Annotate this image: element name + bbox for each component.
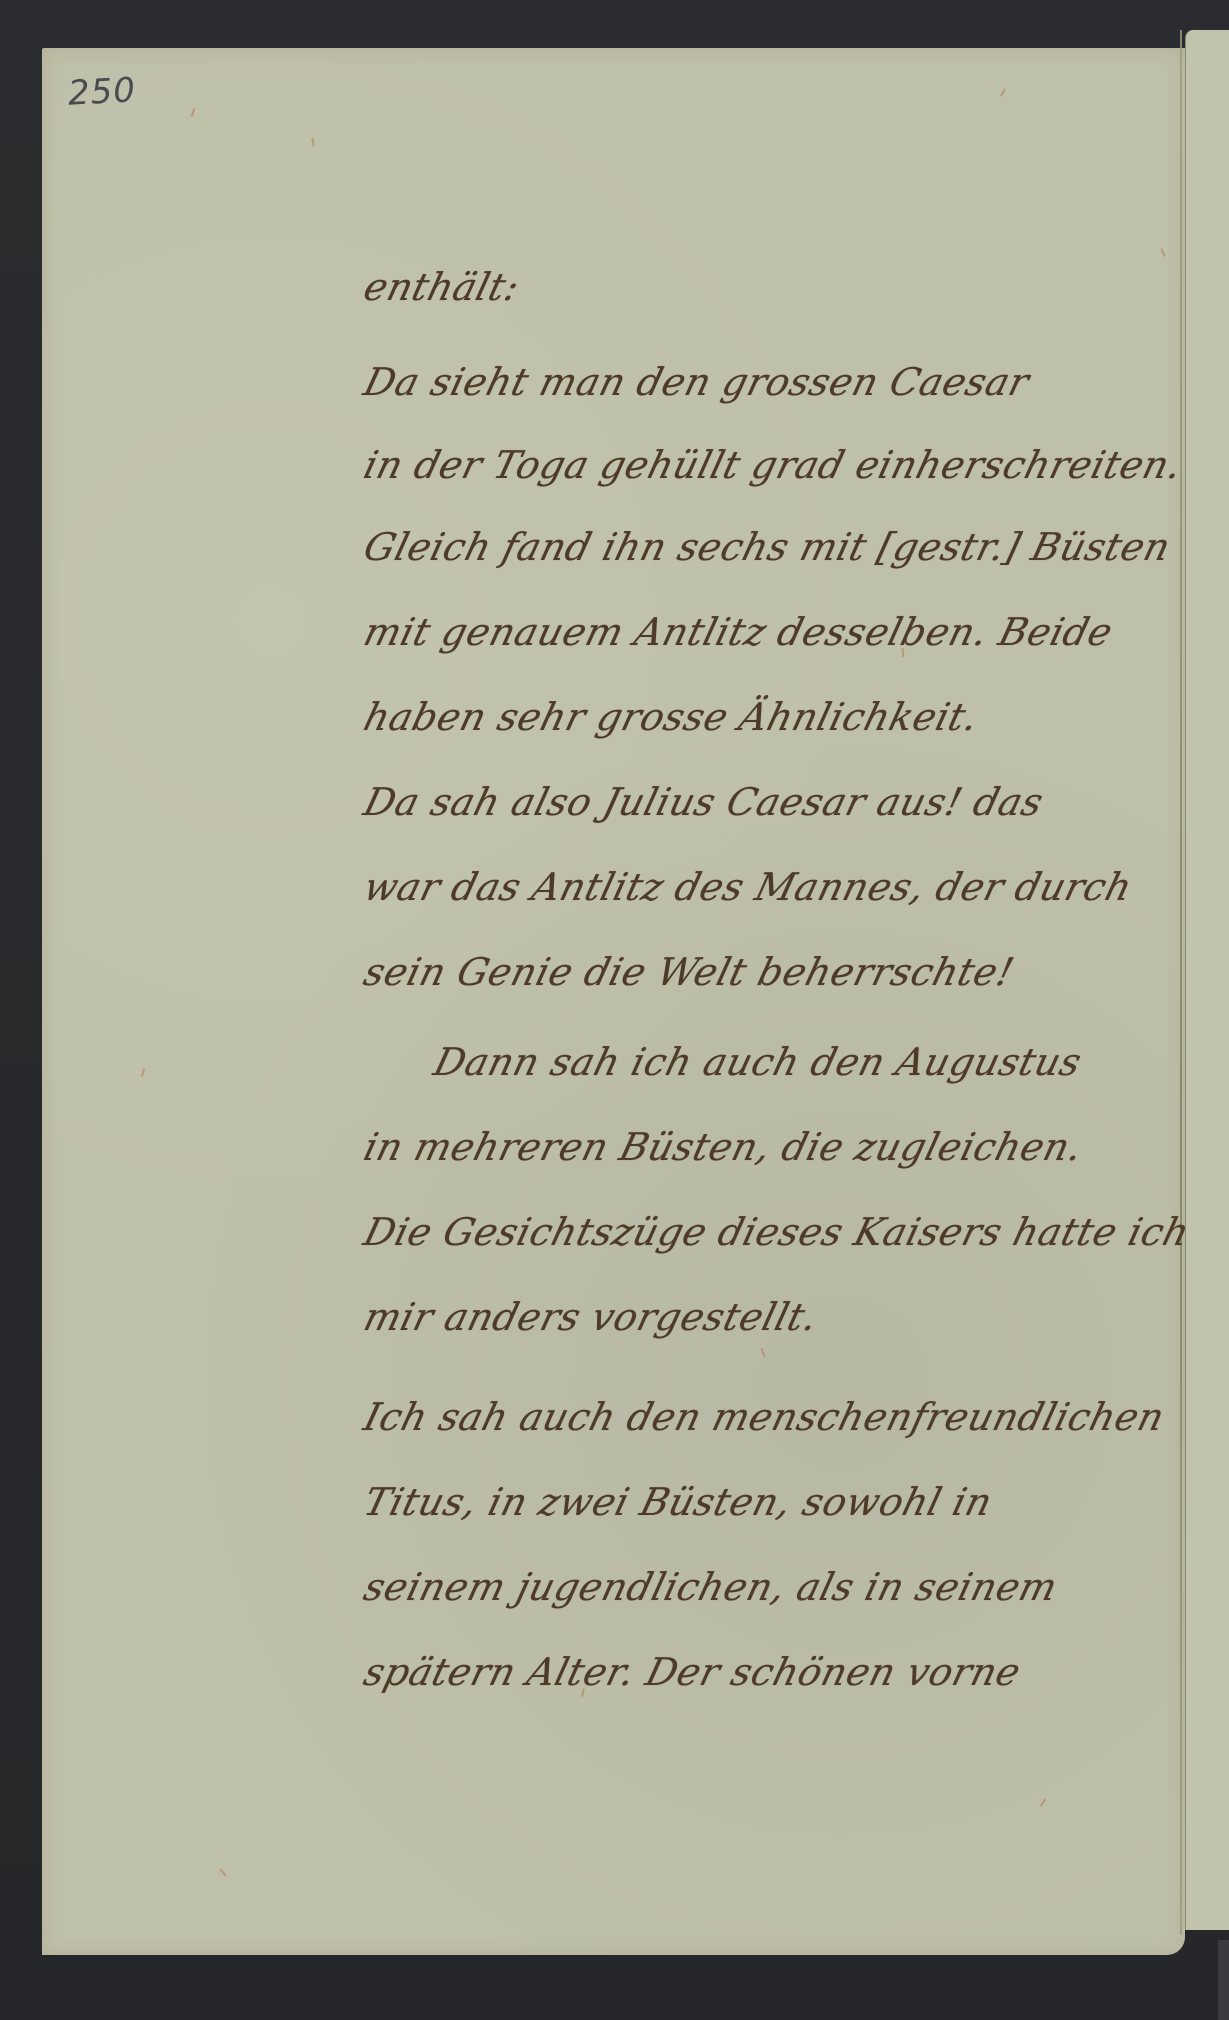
manuscript-line: Ich sah auch den menschenfreundlichen xyxy=(360,1395,1170,1439)
manuscript-line: Titus, in zwei Büsten, sowohl in xyxy=(360,1480,997,1524)
manuscript-line: Da sieht man den grossen Caesar xyxy=(360,360,1034,404)
manuscript-line: Gleich fand ihn sechs mit [gestr.] Büste… xyxy=(360,525,1176,569)
manuscript-line: enthält: xyxy=(360,265,525,309)
scan-edge xyxy=(1218,1940,1229,2020)
manuscript-line: Dann sah ich auch den Augustus xyxy=(430,1040,1087,1084)
manuscript-line: haben sehr grosse Ähnlichkeit. xyxy=(360,695,984,739)
manuscript-line: sein Genie die Welt beherrschte! xyxy=(360,950,1019,994)
paper-fleck xyxy=(191,108,196,117)
paper-fleck xyxy=(219,1868,226,1876)
manuscript-line: Die Gesichtszüge dieses Kaisers hatte ic… xyxy=(360,1210,1195,1254)
binding-gutter xyxy=(1180,30,1182,1935)
manuscript-line: spätern Alter. Der schönen vorne xyxy=(360,1650,1026,1694)
adjacent-page-edge xyxy=(1185,30,1229,1930)
paper-fleck xyxy=(761,1348,766,1357)
manuscript-line: war das Antlitz des Mannes, der durch xyxy=(360,865,1137,909)
folio-number: 250 xyxy=(67,70,137,113)
paper-fleck xyxy=(1000,88,1006,97)
manuscript-line: seinem jugendlichen, als in seinem xyxy=(360,1565,1062,1609)
paper-fleck xyxy=(1160,248,1166,257)
manuscript-line: mit genauem Antlitz desselben. Beide xyxy=(360,610,1118,654)
manuscript-line: mir anders vorgestellt. xyxy=(360,1295,823,1339)
manuscript-line: in der Toga gehüllt grad einherschreiten… xyxy=(360,443,1187,487)
paper-fleck xyxy=(311,138,315,147)
paper-fleck xyxy=(1040,1798,1047,1807)
paper-fleck xyxy=(141,1068,145,1077)
manuscript-line: Da sah also Julius Caesar aus! das xyxy=(360,780,1048,824)
manuscript-line: in mehreren Büsten, die zugleichen. xyxy=(360,1125,1088,1169)
